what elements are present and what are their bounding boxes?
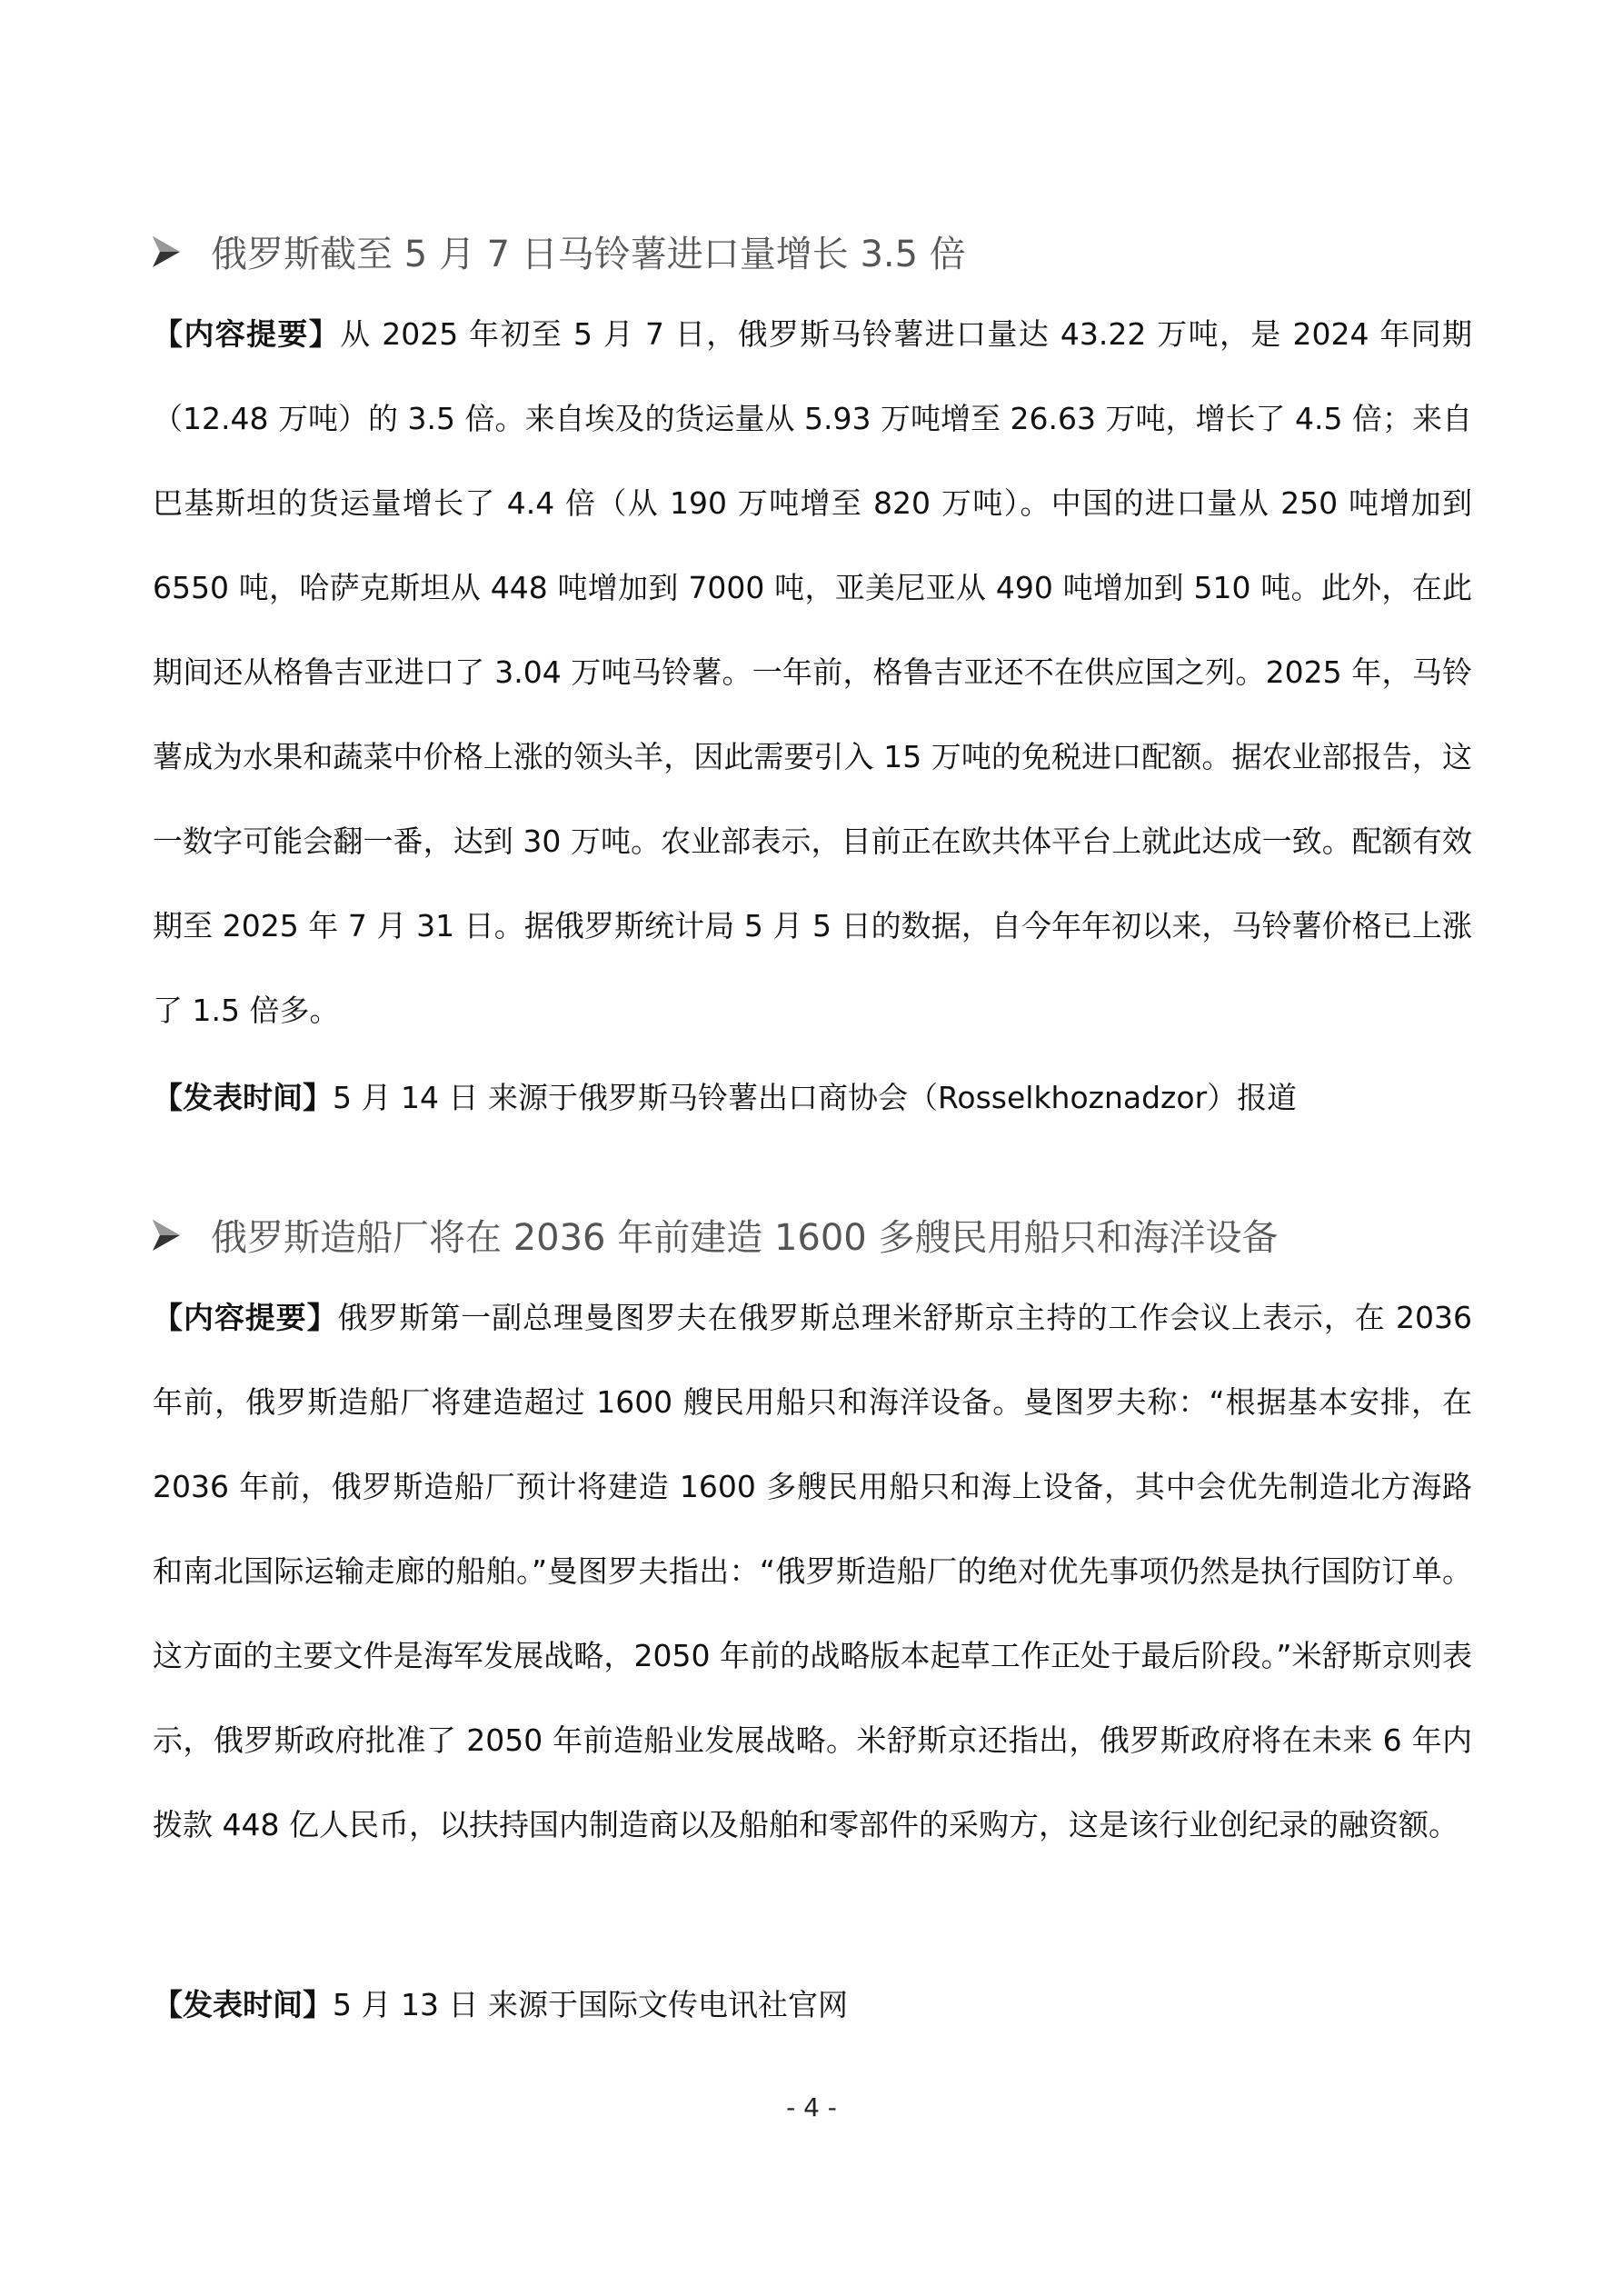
published-label: 【发表时间】 <box>153 1987 333 2022</box>
article-1-published: 【发表时间】5 月 14 日 来源于俄罗斯马铃薯出口商协会（Rosselkhoz… <box>153 1074 1297 1117</box>
page-number: - 4 - <box>0 2092 1623 2122</box>
summary-label: 【内容提要】 <box>153 1300 338 1335</box>
published-label: 【发表时间】 <box>153 1080 333 1115</box>
published-text: 5 月 13 日 来源于国际文传电讯社官网 <box>333 1987 848 2022</box>
article-title: 俄罗斯截至 5 月 7 日马铃薯进口量增长 3.5 倍 <box>211 225 966 277</box>
arrow-bullet-icon <box>153 1220 180 1251</box>
summary-text: 俄罗斯第一副总理曼图罗夫在俄罗斯总理米舒斯京主持的工作会议上表示，在 2036 … <box>153 1300 1472 1842</box>
published-text: 5 月 14 日 来源于俄罗斯马铃薯出口商协会（Rosselkhoznadzor… <box>333 1080 1297 1115</box>
article-1-summary: 【内容提要】从 2025 年初至 5 月 7 日，俄罗斯马铃薯进口量达 43.2… <box>153 292 1472 1053</box>
article-2-published: 【发表时间】5 月 13 日 来源于国际文传电讯社官网 <box>153 1982 848 2024</box>
article-2-heading: 俄罗斯造船厂将在 2036 年前建造 1600 多艘民用船只和海洋设备 <box>153 1209 1278 1261</box>
summary-label: 【内容提要】 <box>153 316 340 352</box>
article-1-heading: 俄罗斯截至 5 月 7 日马铃薯进口量增长 3.5 倍 <box>153 225 966 277</box>
article-title: 俄罗斯造船厂将在 2036 年前建造 1600 多艘民用船只和海洋设备 <box>211 1209 1278 1261</box>
article-2-summary: 【内容提要】俄罗斯第一副总理曼图罗夫在俄罗斯总理米舒斯京主持的工作会议上表示，在… <box>153 1275 1472 1867</box>
arrow-bullet-icon <box>153 236 180 267</box>
summary-text: 从 2025 年初至 5 月 7 日，俄罗斯马铃薯进口量达 43.22 万吨，是… <box>153 316 1472 1028</box>
